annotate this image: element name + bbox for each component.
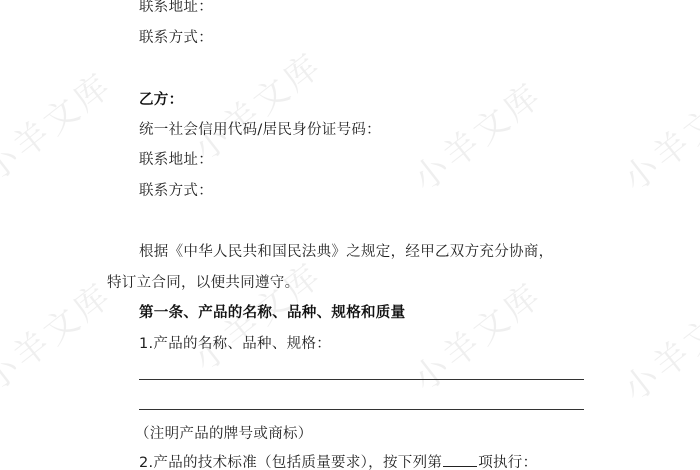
- party-b-address-label: 联系地址：: [139, 150, 213, 170]
- preamble-line-2: 特订立合同，以便共同遵守。: [107, 273, 299, 293]
- item-2-text-before: 2.产品的技术标准（包括质量要求），按下列第: [139, 455, 442, 470]
- party-b-contact-label: 联系方式：: [139, 181, 213, 201]
- article-1-item-2: 2.产品的技术标准（包括质量要求），按下列第项执行：: [139, 452, 537, 470]
- watermark: 小羊文库: [611, 68, 700, 200]
- item-2-blank: [443, 452, 477, 467]
- contract-page: 小羊文库 小羊文库 小羊文库 小羊文库 小羊文库 小羊文库 小羊文库 小羊文库 …: [0, 0, 700, 470]
- watermark: 小羊文库: [0, 268, 121, 400]
- article-1-title: 第一条、产品的名称、品种、规格和质量: [139, 303, 405, 323]
- party-a-contact-label: 联系方式：: [139, 28, 213, 48]
- watermark: 小羊文库: [401, 68, 551, 200]
- fill-in-line-2: [139, 409, 584, 410]
- article-1-item-1: 1.产品的名称、品种、规格：: [139, 334, 331, 354]
- fill-in-line-1: [139, 379, 584, 380]
- party-b-id-label: 统一社会信用代码/居民身份证号码：: [139, 120, 381, 140]
- party-a-address-label: 联系地址：: [139, 0, 213, 17]
- watermark: 小羊文库: [611, 278, 700, 410]
- item-2-text-after: 项执行：: [478, 455, 537, 470]
- party-b-title: 乙方：: [139, 90, 183, 110]
- watermark: 小羊文库: [401, 268, 551, 400]
- watermark: 小羊文库: [0, 58, 121, 190]
- preamble-line-1: 根据《中华人民共和国民法典》之规定，经甲乙双方充分协商，: [139, 242, 553, 262]
- article-1-note: （注明产品的牌号或商标）: [135, 424, 313, 444]
